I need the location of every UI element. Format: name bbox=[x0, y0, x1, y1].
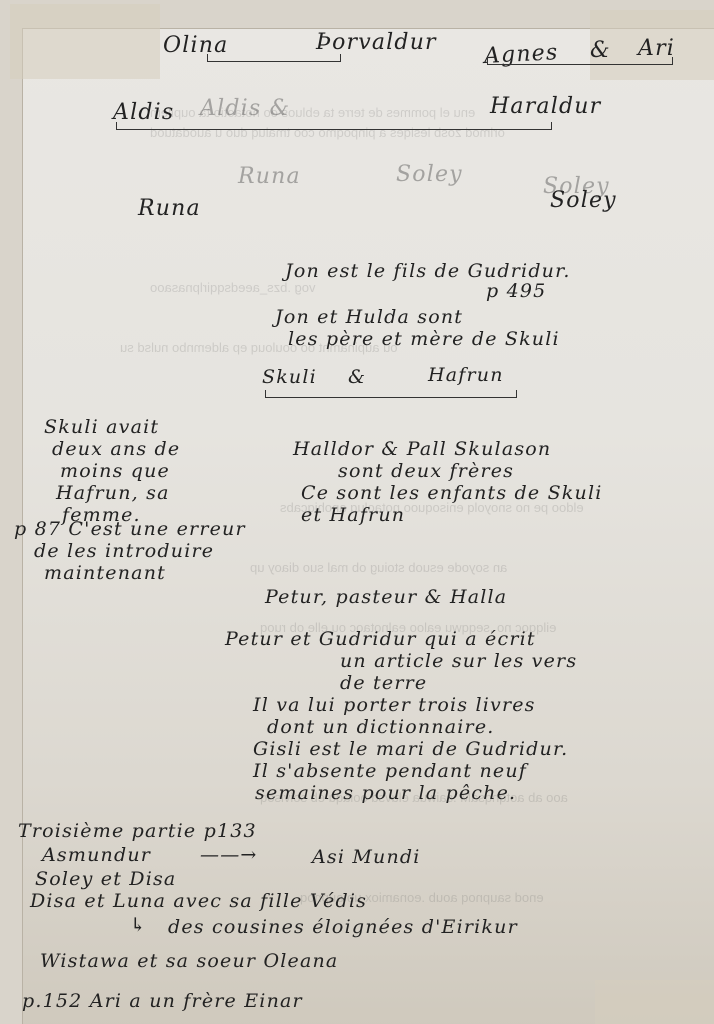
note-wistawa: Wistawa et sa soeur Oleana bbox=[40, 952, 338, 971]
hook-arrow-icon: ↳ bbox=[130, 916, 147, 935]
bleed-through-text: enu el pommes de terre ta ebluos oo nota… bbox=[150, 105, 475, 120]
heading-petur: Petur, pasteur & Halla bbox=[265, 588, 507, 607]
side-note: Skuli avait deux ans de moins que Hafrun… bbox=[44, 418, 180, 528]
side-note-line: Skuli avait bbox=[44, 418, 180, 437]
note-line: Il va lui porter trois livres bbox=[253, 696, 577, 715]
side-note-line: de les introduire bbox=[34, 542, 246, 561]
tape-strip bbox=[10, 4, 160, 79]
note-cousins: des cousines éloignées d'Eirikur bbox=[168, 918, 518, 937]
name-asi-mundi: Asi Mundi bbox=[312, 848, 421, 867]
note-soley-disa: Soley et Disa bbox=[35, 870, 176, 889]
couple-line bbox=[116, 122, 552, 130]
note-line: et Hafrun bbox=[301, 506, 603, 525]
ampersand: & bbox=[348, 368, 366, 387]
note-halldor-pall: Halldor & Pall Skulason sont deux frères… bbox=[293, 440, 603, 528]
heading-part3: Troisième partie p133 bbox=[18, 822, 257, 841]
note-line: sont deux frères bbox=[338, 462, 603, 481]
name-haraldur: Haraldur bbox=[490, 96, 601, 118]
note-jon-son: Jon est le fils de Gudridur. bbox=[285, 262, 571, 281]
note-line: semaines pour la pêche. bbox=[255, 784, 577, 803]
note-line: un article sur les vers bbox=[340, 652, 577, 671]
name-aldis-faint: Aldis & bbox=[200, 98, 290, 120]
name-thorvaldur: Þorvaldur bbox=[316, 32, 437, 54]
note-line: Gisli est le mari de Gudridur. bbox=[253, 740, 577, 759]
note-line: de terre bbox=[340, 674, 577, 693]
side-note-p87: p 87 C'est une erreur de les introduire … bbox=[14, 520, 246, 586]
note-line: Halldor & Pall Skulason bbox=[293, 440, 603, 459]
couple-line bbox=[265, 390, 517, 398]
name-skuli: Skuli bbox=[262, 368, 317, 387]
name-aldis: Aldis bbox=[113, 102, 174, 124]
side-note-line: maintenant bbox=[44, 564, 246, 583]
note-line: Petur et Gudridur qui a écrit bbox=[225, 630, 577, 649]
bleed-through-text: vog .bzs_aeedsqqirlpnasaoo bbox=[150, 280, 316, 295]
note-disa-luna: Disa et Luna avec sa fille Védis bbox=[30, 892, 367, 911]
note-jon-hulda: Jon et Hulda sont bbox=[275, 308, 463, 327]
note-line: Ce sont les enfants de Skuli bbox=[301, 484, 603, 503]
couple-line bbox=[487, 57, 673, 65]
side-note-line: deux ans de bbox=[52, 440, 180, 459]
arrow-icon: ——→ bbox=[200, 846, 258, 865]
note-p152-einar: p.152 Ari a un frère Einar bbox=[22, 992, 303, 1011]
note-line: dont un dictionnaire. bbox=[267, 718, 577, 737]
name-hafrun: Hafrun bbox=[428, 366, 504, 385]
couple-line bbox=[207, 54, 341, 62]
name-soley: Soley bbox=[550, 190, 617, 212]
side-note-line: Hafrun, sa bbox=[56, 484, 180, 503]
name-runa-faint: Runa bbox=[238, 166, 301, 188]
side-note-line: moins que bbox=[60, 462, 180, 481]
page-ref-495: p 495 bbox=[486, 282, 546, 301]
bleed-through-text: an soyode esuob stoiug ob mal suo diaoy … bbox=[250, 560, 507, 575]
side-note-line: p 87 C'est une erreur bbox=[14, 520, 246, 539]
note-parents-skuli: les père et mère de Skuli bbox=[288, 330, 560, 349]
note-petur-gudridur: Petur et Gudridur qui a écrit un article… bbox=[225, 630, 577, 806]
name-soley-faint: Soley bbox=[396, 164, 463, 186]
name-asmundur: Asmundur bbox=[42, 846, 151, 865]
tape-strip bbox=[595, 980, 714, 1024]
name-runa: Runa bbox=[138, 198, 201, 220]
note-line: Il s'absente pendant neuf bbox=[253, 762, 577, 781]
